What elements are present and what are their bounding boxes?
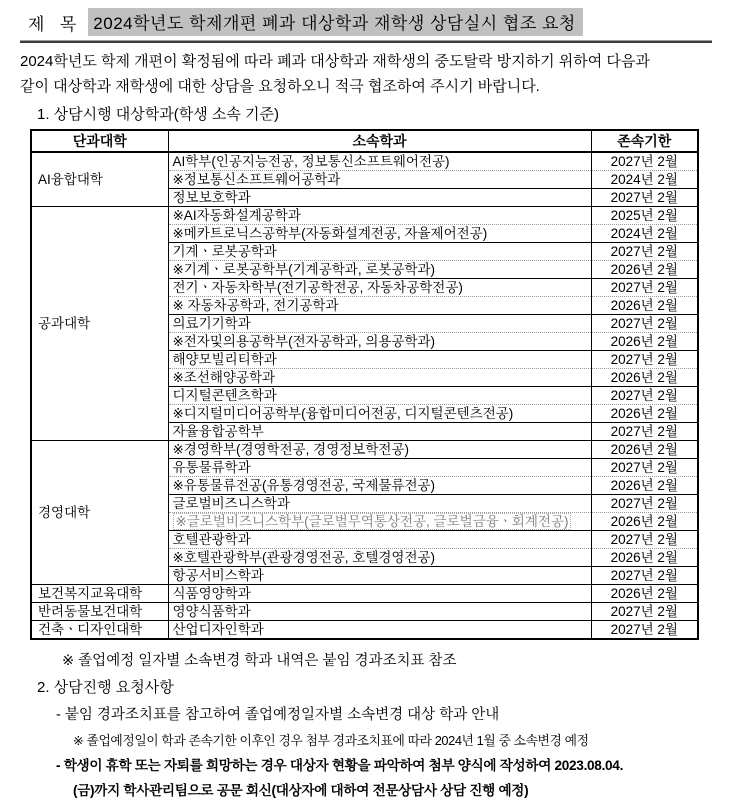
deadline-cell: 2026년 2월 bbox=[591, 441, 698, 459]
deadline-cell: 2027년 2월 bbox=[591, 495, 698, 513]
department-cell: ※디지털미디어공학부(융합미디어전공, 디지털콘텐츠전공) bbox=[168, 405, 591, 423]
department-table-body: AI융합대학AI학부(인공지능전공, 정보통신소프트웨어전공)2027년 2월※… bbox=[31, 152, 698, 639]
department-cell: ※ 자동차공학과, 전기공학과 bbox=[168, 297, 591, 315]
deadline-cell: 2026년 2월 bbox=[591, 549, 698, 567]
col-header-college: 단과대학 bbox=[31, 130, 168, 152]
request-item: - 붙임 경과조치표를 참고하여 졸업예정일자별 소속변경 대상 학과 안내 bbox=[56, 703, 712, 728]
department-cell: ※조선해양공학과 bbox=[168, 369, 591, 387]
table-row: 경영대학※경영학부(경영학전공, 경영정보학전공)2026년 2월 bbox=[31, 441, 698, 459]
deadline-cell: 2024년 2월 bbox=[591, 171, 698, 189]
department-cell: 유통물류학과 bbox=[168, 459, 591, 477]
college-cell: 반려동물보건대학 bbox=[31, 603, 168, 621]
department-cell: 의료기기학과 bbox=[168, 315, 591, 333]
department-cell: 해양모빌리티학과 bbox=[168, 351, 591, 369]
department-cell: 식품영양학과 bbox=[168, 585, 591, 603]
intro-line-2: 같이 대상학과 재학생에 대한 상담을 요청하오니 적극 협조하여 주시기 바랍… bbox=[20, 74, 712, 99]
department-cell: 디지털콘텐츠학과 bbox=[168, 387, 591, 405]
deadline-cell: 2027년 2월 bbox=[591, 243, 698, 261]
deadline-cell: 2027년 2월 bbox=[591, 351, 698, 369]
department-cell: 글로벌비즈니스학과 bbox=[168, 495, 591, 513]
intro-line-1: 2024학년도 학제 개편이 확정됨에 따라 폐과 대상학과 재학생의 중도탈락… bbox=[20, 49, 712, 74]
deadline-cell: 2027년 2월 bbox=[591, 531, 698, 549]
department-cell: 영양식품학과 bbox=[168, 603, 591, 621]
deadline-cell: 2025년 2월 bbox=[591, 207, 698, 225]
table-header-row: 단과대학 소속학과 존속기한 bbox=[31, 130, 698, 152]
deadline-cell: 2027년 2월 bbox=[591, 189, 698, 207]
department-table: 단과대학 소속학과 존속기한 AI융합대학AI학부(인공지능전공, 정보통신소프… bbox=[30, 129, 699, 640]
deadline-cell: 2026년 2월 bbox=[591, 297, 698, 315]
department-cell: 기계ㆍ로봇공학과 bbox=[168, 243, 591, 261]
deadline-cell: 2027년 2월 bbox=[591, 152, 698, 171]
title-divider bbox=[20, 40, 712, 43]
deadline-cell: 2027년 2월 bbox=[591, 603, 698, 621]
table-row: AI융합대학AI학부(인공지능전공, 정보통신소프트웨어전공)2027년 2월 bbox=[31, 152, 698, 171]
department-cell: ※호텔관광학부(관광경영전공, 호텔경영전공) bbox=[168, 549, 591, 567]
col-header-department: 소속학과 bbox=[168, 130, 591, 152]
boxed-department-text: ※글로벌비즈니스학부(글로벌무역통상전공, 글로벌금융ㆍ회계전공) bbox=[173, 513, 572, 530]
department-cell: ※기계ㆍ로봇공학부(기계공학과, 로봇공학과) bbox=[168, 261, 591, 279]
subject-label: 제 목 bbox=[28, 10, 78, 35]
subject-row: 제 목 2024학년도 학제개편 폐과 대상학과 재학생 상담실시 협조 요청 bbox=[20, 5, 712, 38]
request-list: - 붙임 경과조치표를 참고하여 졸업예정일자별 소속변경 대상 학과 안내※ … bbox=[20, 703, 712, 803]
deadline-cell: 2026년 2월 bbox=[591, 513, 698, 531]
document-page: 제 목 2024학년도 학제개편 폐과 대상학과 재학생 상담실시 협조 요청 … bbox=[0, 0, 730, 803]
department-cell: 전기ㆍ자동차학부(전기공학전공, 자동차공학전공) bbox=[168, 279, 591, 297]
department-cell: ※정보통신소프트웨어공학과 bbox=[168, 171, 591, 189]
department-cell: 자율융합공학부 bbox=[168, 423, 591, 441]
table-note: ※ 졸업예정 일자별 소속변경 학과 내역은 붙임 경과조치표 참조 bbox=[62, 649, 712, 670]
department-cell: 호텔관광학과 bbox=[168, 531, 591, 549]
department-cell: ※메카트로닉스공학부(자동화설계전공, 자율제어전공) bbox=[168, 225, 591, 243]
deadline-cell: 2027년 2월 bbox=[591, 279, 698, 297]
deadline-cell: 2027년 2월 bbox=[591, 315, 698, 333]
deadline-cell: 2027년 2월 bbox=[591, 567, 698, 585]
deadline-cell: 2027년 2월 bbox=[591, 423, 698, 441]
department-cell: 정보보호학과 bbox=[168, 189, 591, 207]
department-cell: ※유통물류전공(유통경영전공, 국제물류전공) bbox=[168, 477, 591, 495]
department-cell: 산업디자인학과 bbox=[168, 621, 591, 640]
table-row: 건축ㆍ디자인대학산업디자인학과2027년 2월 bbox=[31, 621, 698, 640]
department-cell: ※글로벌비즈니스학부(글로벌무역통상전공, 글로벌금융ㆍ회계전공) bbox=[168, 513, 591, 531]
section2-heading: 2. 상담진행 요청사항 bbox=[37, 676, 712, 697]
department-cell: 항공서비스학과 bbox=[168, 567, 591, 585]
college-cell: 경영대학 bbox=[31, 441, 168, 585]
college-cell: AI융합대학 bbox=[31, 152, 168, 207]
subject-text: 2024학년도 학제개편 폐과 대상학과 재학생 상담실시 협조 요청 bbox=[88, 8, 583, 36]
department-cell: ※전자및의용공학부(전자공학과, 의용공학과) bbox=[168, 333, 591, 351]
request-item: ※ 졸업예정일이 학과 존속기한 이후인 경우 첨부 경과조치표에 따라 202… bbox=[73, 728, 712, 753]
request-item: - 학생이 휴학 또는 자퇴를 희망하는 경우 대상자 현황을 파악하여 첨부 … bbox=[56, 753, 712, 778]
deadline-cell: 2027년 2월 bbox=[591, 459, 698, 477]
department-cell: ※경영학부(경영학전공, 경영정보학전공) bbox=[168, 441, 591, 459]
deadline-cell: 2026년 2월 bbox=[591, 261, 698, 279]
college-cell: 건축ㆍ디자인대학 bbox=[31, 621, 168, 640]
table-row: 공과대학※AI자동화설계공학과2025년 2월 bbox=[31, 207, 698, 225]
col-header-deadline: 존속기한 bbox=[591, 130, 698, 152]
deadline-cell: 2024년 2월 bbox=[591, 225, 698, 243]
deadline-cell: 2026년 2월 bbox=[591, 405, 698, 423]
deadline-cell: 2026년 2월 bbox=[591, 477, 698, 495]
section1-heading: 1. 상담시행 대상학과(학생 소속 기준) bbox=[37, 103, 712, 124]
department-cell: AI학부(인공지능전공, 정보통신소프트웨어전공) bbox=[168, 152, 591, 171]
table-row: 반려동물보건대학영양식품학과2027년 2월 bbox=[31, 603, 698, 621]
deadline-cell: 2027년 2월 bbox=[591, 387, 698, 405]
deadline-cell: 2027년 2월 bbox=[591, 621, 698, 640]
deadline-cell: 2026년 2월 bbox=[591, 585, 698, 603]
department-cell: ※AI자동화설계공학과 bbox=[168, 207, 591, 225]
deadline-cell: 2026년 2월 bbox=[591, 369, 698, 387]
table-row: 보건복지교육대학식품영양학과2026년 2월 bbox=[31, 585, 698, 603]
deadline-cell: 2026년 2월 bbox=[591, 333, 698, 351]
request-item: (금)까지 학사관리팀으로 공문 회신(대상자에 대하여 전문상담사 상담 진행… bbox=[73, 778, 712, 803]
college-cell: 공과대학 bbox=[31, 207, 168, 441]
college-cell: 보건복지교육대학 bbox=[31, 585, 168, 603]
intro-paragraph: 2024학년도 학제 개편이 확정됨에 따라 폐과 대상학과 재학생의 중도탈락… bbox=[20, 49, 712, 99]
